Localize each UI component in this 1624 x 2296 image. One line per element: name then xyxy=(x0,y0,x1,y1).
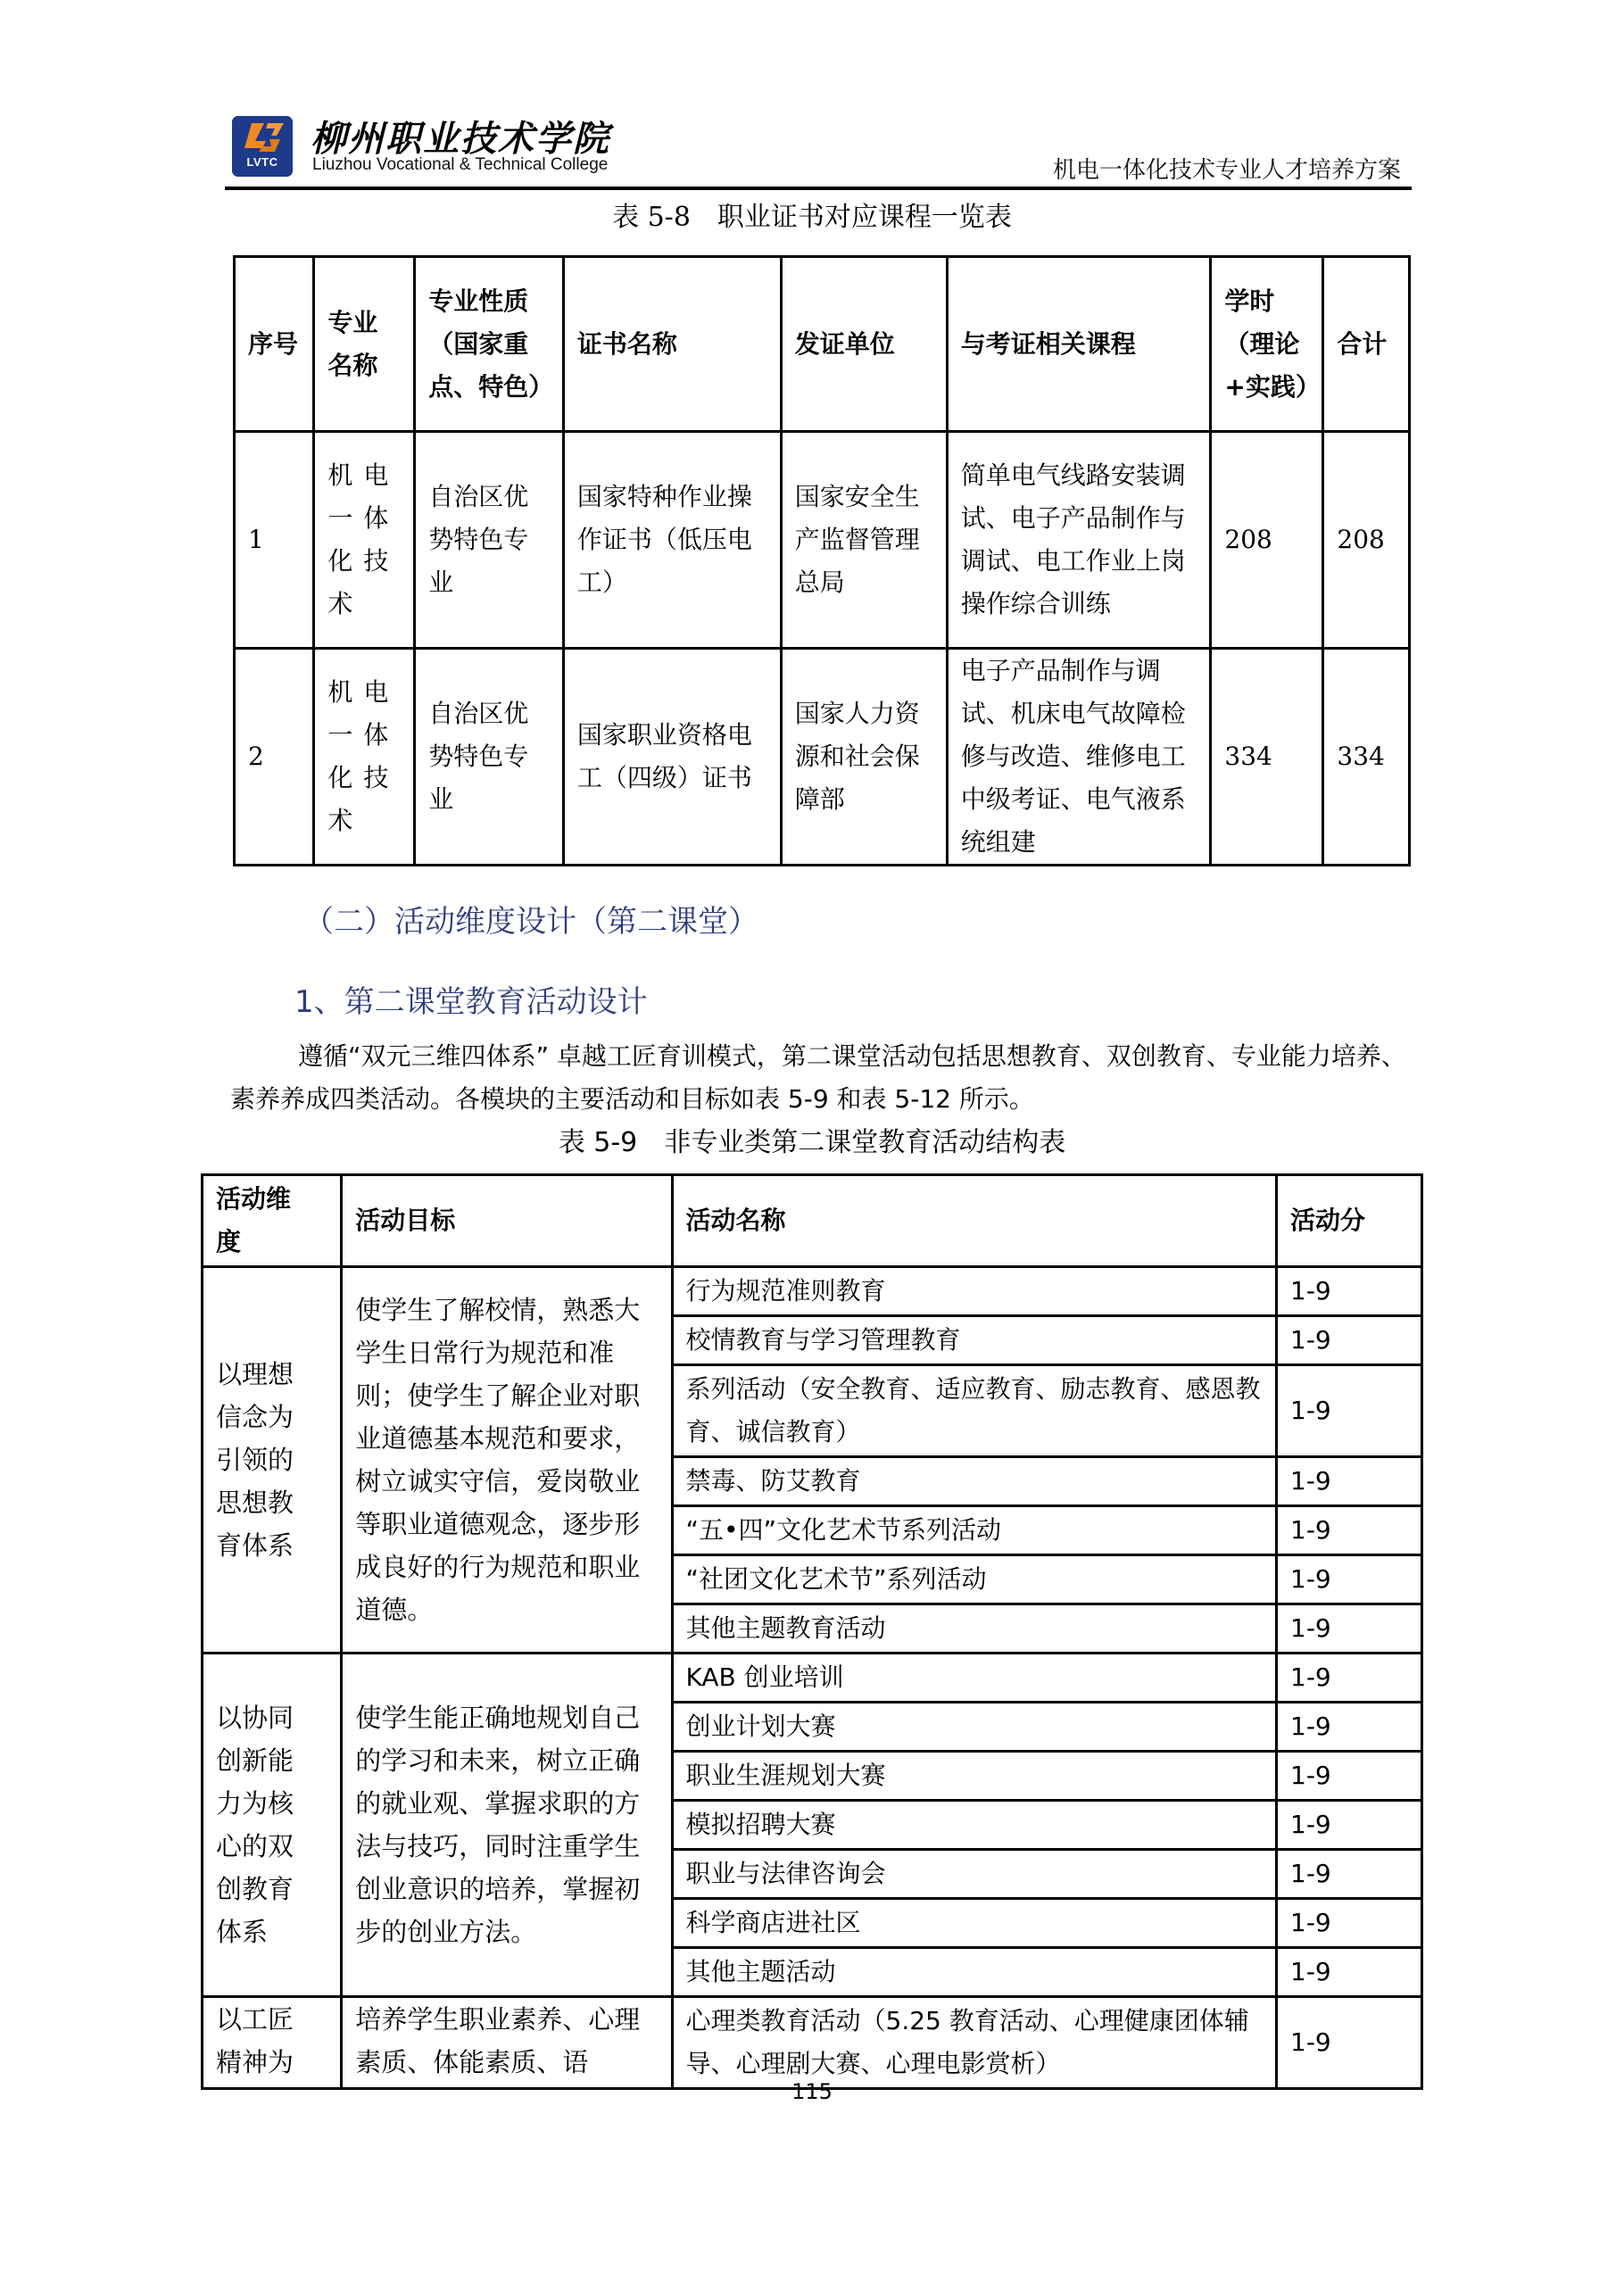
cell-activity-name: 其他主题教育活动 xyxy=(672,1604,1277,1654)
cell-dimension: 以工匠精神为 xyxy=(203,1997,342,2089)
header-index: 序号 xyxy=(235,257,314,432)
header-courses: 与考证相关课程 xyxy=(947,257,1211,432)
cell-total: 208 xyxy=(1323,432,1410,649)
cell-score: 1-9 xyxy=(1277,1997,1422,2089)
certificate-course-table: 序号 专业名称 专业性质（国家重点、特色） 证书名称 发证单位 与考证相关课程 … xyxy=(233,255,1411,866)
cell-activity-name: 禁毒、防艾教育 xyxy=(672,1457,1277,1506)
header-issuer: 发证单位 xyxy=(781,257,947,432)
cell-goal: 使学生了解校情，熟悉大学生日常行为规范和准则；使学生了解企业对职业道德基本规范和… xyxy=(342,1267,672,1654)
table-row: 以协同创新能力为核心的双创教育体系 使学生能正确地规划自己的学习和未来，树立正确… xyxy=(203,1654,1422,1703)
college-name-en: Liuzhou Vocational & Technical College xyxy=(312,155,608,175)
table-header-row: 序号 专业名称 专业性质（国家重点、特色） 证书名称 发证单位 与考证相关课程 … xyxy=(235,257,1410,432)
cell-score: 1-9 xyxy=(1277,1316,1422,1365)
cell-score: 1-9 xyxy=(1277,1801,1422,1850)
cell-issuer: 国家人力资源和社会保障部 xyxy=(781,649,947,866)
table-5-8-caption: 表 5-8 职业证书对应课程一览表 xyxy=(0,195,1624,234)
cell-major: 机电一体化技术 xyxy=(314,649,415,866)
header-score: 活动分 xyxy=(1277,1175,1422,1267)
table-row: 1 机电一体化技术 自治区优势特色专业 国家特种作业操作证书（低压电工） 国家安… xyxy=(235,432,1410,649)
header-activity-name: 活动名称 xyxy=(672,1175,1277,1267)
header-goal: 活动目标 xyxy=(342,1175,672,1267)
cell-activity-name: “社团文化艺术节”系列活动 xyxy=(672,1555,1277,1604)
cell-courses: 电子产品制作与调试、机床电气故障检修与改造、维修电工中级考证、电气液系统组建 xyxy=(947,649,1211,866)
cell-goal: 培养学生职业素养、心理素质、体能素质、语 xyxy=(342,1997,672,2089)
header-divider xyxy=(225,186,1412,190)
header-total: 合计 xyxy=(1323,257,1410,432)
header-certificate: 证书名称 xyxy=(563,257,781,432)
cell-score: 1-9 xyxy=(1277,1703,1422,1752)
table-row: 以理想信念为引领的思想教育体系 使学生了解校情，熟悉大学生日常行为规范和准则；使… xyxy=(203,1267,1422,1316)
cell-activity-name: KAB 创业培训 xyxy=(672,1654,1277,1703)
table-row: 2 机电一体化技术 自治区优势特色专业 国家职业资格电工（四级）证书 国家人力资… xyxy=(235,649,1410,866)
cell-activity-name: 行为规范准则教育 xyxy=(672,1267,1277,1316)
cell-activity-name: 创业计划大赛 xyxy=(672,1703,1277,1752)
cell-total: 334 xyxy=(1323,649,1410,866)
header-hours: 学时（理论+实践） xyxy=(1211,257,1323,432)
cell-score: 1-9 xyxy=(1277,1555,1422,1604)
cell-score: 1-9 xyxy=(1277,1948,1422,1997)
table-row: 以工匠精神为 培养学生职业素养、心理素质、体能素质、语 心理类教育活动（5.25… xyxy=(203,1997,1422,2089)
cell-courses: 简单电气线路安装调试、电子产品制作与调试、电工作业上岗操作综合训练 xyxy=(947,432,1211,649)
subsection-heading-second-classroom: 1、第二课堂教育活动设计 xyxy=(294,977,648,1021)
document-title: 机电一体化技术专业人才培养方案 xyxy=(1053,152,1401,185)
section-heading-activity-design: （二）活动维度设计（第二课堂） xyxy=(303,897,758,941)
table-header-row: 活动维度 活动目标 活动名称 活动分 xyxy=(203,1175,1422,1267)
cell-score: 1-9 xyxy=(1277,1457,1422,1506)
cell-score: 1-9 xyxy=(1277,1267,1422,1316)
cell-activity-name: 职业与法律咨询会 xyxy=(672,1850,1277,1899)
cell-activity-name: 科学商店进社区 xyxy=(672,1899,1277,1948)
cell-dimension: 以理想信念为引领的思想教育体系 xyxy=(203,1267,342,1654)
logo-text: LVTC xyxy=(230,155,294,169)
header-dimension: 活动维度 xyxy=(203,1175,342,1267)
second-classroom-activity-table: 活动维度 活动目标 活动名称 活动分 以理想信念为引领的思想教育体系 使学生了解… xyxy=(201,1173,1423,2090)
cell-goal: 使学生能正确地规划自己的学习和未来，树立正确的就业观、掌握求职的方法与技巧，同时… xyxy=(342,1654,672,1997)
cell-index: 2 xyxy=(235,649,314,866)
cell-dimension: 以协同创新能力为核心的双创教育体系 xyxy=(203,1654,342,1997)
cell-score: 1-9 xyxy=(1277,1365,1422,1457)
cell-nature: 自治区优势特色专业 xyxy=(415,649,564,866)
body-paragraph: 遵循“双元三维四体系” 卓越工匠育训模式，第二课堂活动包括思想教育、双创教育、专… xyxy=(230,1035,1417,1121)
cell-score: 1-9 xyxy=(1277,1654,1422,1703)
cell-hours: 334 xyxy=(1211,649,1323,866)
cell-score: 1-9 xyxy=(1277,1899,1422,1948)
cell-activity-name: 心理类教育活动（5.25 教育活动、心理健康团体辅导、心理剧大赛、心理电影赏析） xyxy=(672,1997,1277,2089)
college-name-cn: 柳州职业技术学院 xyxy=(311,111,610,162)
cell-certificate: 国家职业资格电工（四级）证书 xyxy=(563,649,781,866)
cell-hours: 208 xyxy=(1211,432,1323,649)
cell-major: 机电一体化技术 xyxy=(314,432,415,649)
cell-nature: 自治区优势特色专业 xyxy=(415,432,564,649)
cell-score: 1-9 xyxy=(1277,1850,1422,1899)
cell-certificate: 国家特种作业操作证书（低压电工） xyxy=(563,432,781,649)
cell-activity-name: “五•四”文化艺术节系列活动 xyxy=(672,1506,1277,1555)
cell-score: 1-9 xyxy=(1277,1604,1422,1654)
cell-score: 1-9 xyxy=(1277,1752,1422,1801)
cell-issuer: 国家安全生产监督管理总局 xyxy=(781,432,947,649)
cell-activity-name: 校情教育与学习管理教育 xyxy=(672,1316,1277,1365)
cell-activity-name: 其他主题活动 xyxy=(672,1948,1277,1997)
cell-activity-name: 职业生涯规划大赛 xyxy=(672,1752,1277,1801)
cell-score: 1-9 xyxy=(1277,1506,1422,1555)
cell-activity-name: 系列活动（安全教育、适应教育、励志教育、感恩教育、诚信教育） xyxy=(672,1365,1277,1457)
page-number: 115 xyxy=(0,2079,1624,2104)
cell-index: 1 xyxy=(235,432,314,649)
cell-activity-name: 模拟招聘大赛 xyxy=(672,1801,1277,1850)
header-nature: 专业性质（国家重点、特色） xyxy=(415,257,564,432)
header-major: 专业名称 xyxy=(314,257,415,432)
table-5-9-caption: 表 5-9 非专业类第二课堂教育活动结构表 xyxy=(0,1120,1624,1159)
